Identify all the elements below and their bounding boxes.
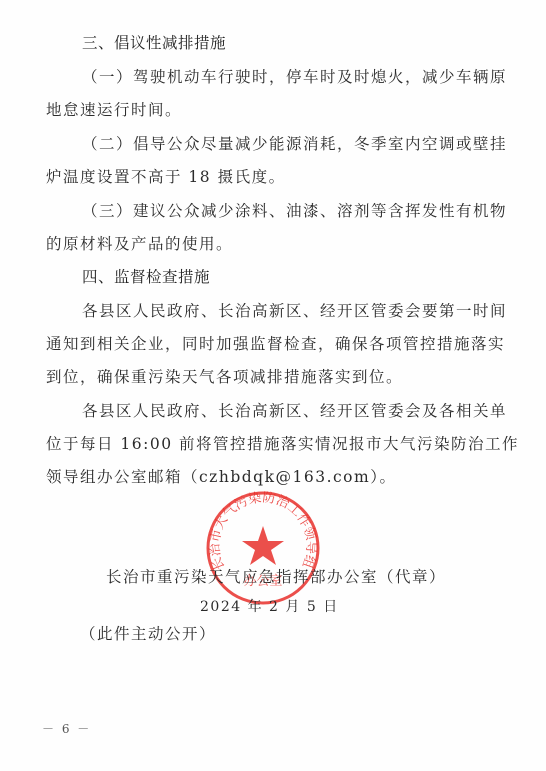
page-number: － 6 － xyxy=(42,720,91,737)
issuer-signature: 长治市重污染天气应急指挥部办公室（代章） xyxy=(106,567,446,587)
official-seal-icon: 长治市大气污染防治工作领导组 办公室 xyxy=(205,490,321,606)
paragraph-line: 到位，确保重污染天气各项减排措施落实到位。 xyxy=(46,367,403,387)
paragraph-line: 各县区人民政府、长治高新区、经开区管委会要第一时间 xyxy=(82,301,507,321)
paragraph-line: 通知到相关企业，同时加强监督检查，确保各项管控措施落实 xyxy=(46,334,505,354)
document-page: 三、倡议性减排措施 （一）驾驶机动车行驶时，停车时及时熄火，减少车辆原 地怠速运… xyxy=(0,0,546,771)
paragraph-line: （三）建议公众减少涂料、油漆、溶剂等含挥发性有机物 xyxy=(82,201,507,221)
paragraph-line: （二）倡导公众尽量减少能源消耗，冬季室内空调或壁挂 xyxy=(82,134,507,154)
paragraph-line: 的原材料及产品的使用。 xyxy=(46,234,233,254)
paragraph-line: 地怠速运行时间。 xyxy=(46,100,182,120)
paragraph-line: 位于每日 16:00 前将管控措施落实情况报市大气污染防治工作 xyxy=(46,434,519,454)
paragraph-line: （一）驾驶机动车行驶时，停车时及时熄火，减少车辆原 xyxy=(82,67,507,87)
issue-date: 2024 年 2 月 5 日 xyxy=(200,597,339,617)
paragraph-line: 领导组办公室邮箱（czhbdqk@163.com）。 xyxy=(46,467,396,487)
paragraph-line: 各县区人民政府、长治高新区、经开区管委会及各相关单 xyxy=(82,401,507,421)
disclosure-note: （此件主动公开） xyxy=(80,624,216,644)
paragraph-line: 炉温度设置不高于 18 摄氏度。 xyxy=(46,167,286,187)
section-heading-4: 四、监督检查措施 xyxy=(82,267,210,287)
section-heading-3: 三、倡议性减排措施 xyxy=(82,33,226,53)
